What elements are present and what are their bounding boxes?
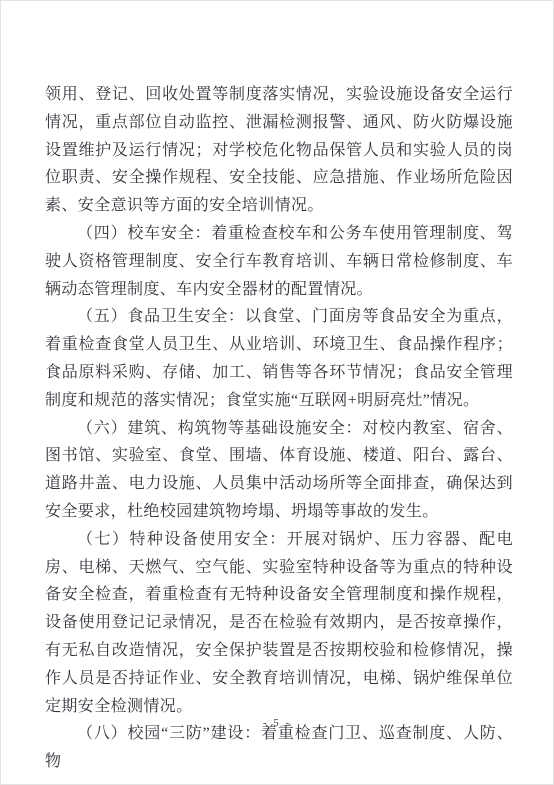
body-text-paragraph: （五）食品卫生安全：以食堂、门面房等食品安全为重点，着重检查食堂人员卫生、从业培… xyxy=(45,303,513,414)
body-text-paragraph: （七）特种设备使用安全：开展对锅炉、压力容器、配电房、电梯、天燃气、空气能、实验… xyxy=(45,526,513,721)
body-text-paragraph: （四）校车安全：着重检查校车和公务车使用管理制度、驾驶人资格管理制度、安全行车教… xyxy=(45,220,513,303)
page-number: - 5 - xyxy=(1,717,553,729)
body-text-paragraph: 领用、登记、回收处置等制度落实情况，实验设施设备安全运行情况，重点部位自动监控、… xyxy=(45,81,513,220)
document-page: 领用、登记、回收处置等制度落实情况，实验设施设备安全运行情况，重点部位自动监控、… xyxy=(0,0,554,785)
document-body-text: 领用、登记、回收处置等制度落实情况，实验设施设备安全运行情况，重点部位自动监控、… xyxy=(45,81,513,776)
body-text-paragraph: （六）建筑、构筑物等基础设施安全：对校内教室、宿舍、图书馆、实验室、食堂、围墙、… xyxy=(45,415,513,526)
